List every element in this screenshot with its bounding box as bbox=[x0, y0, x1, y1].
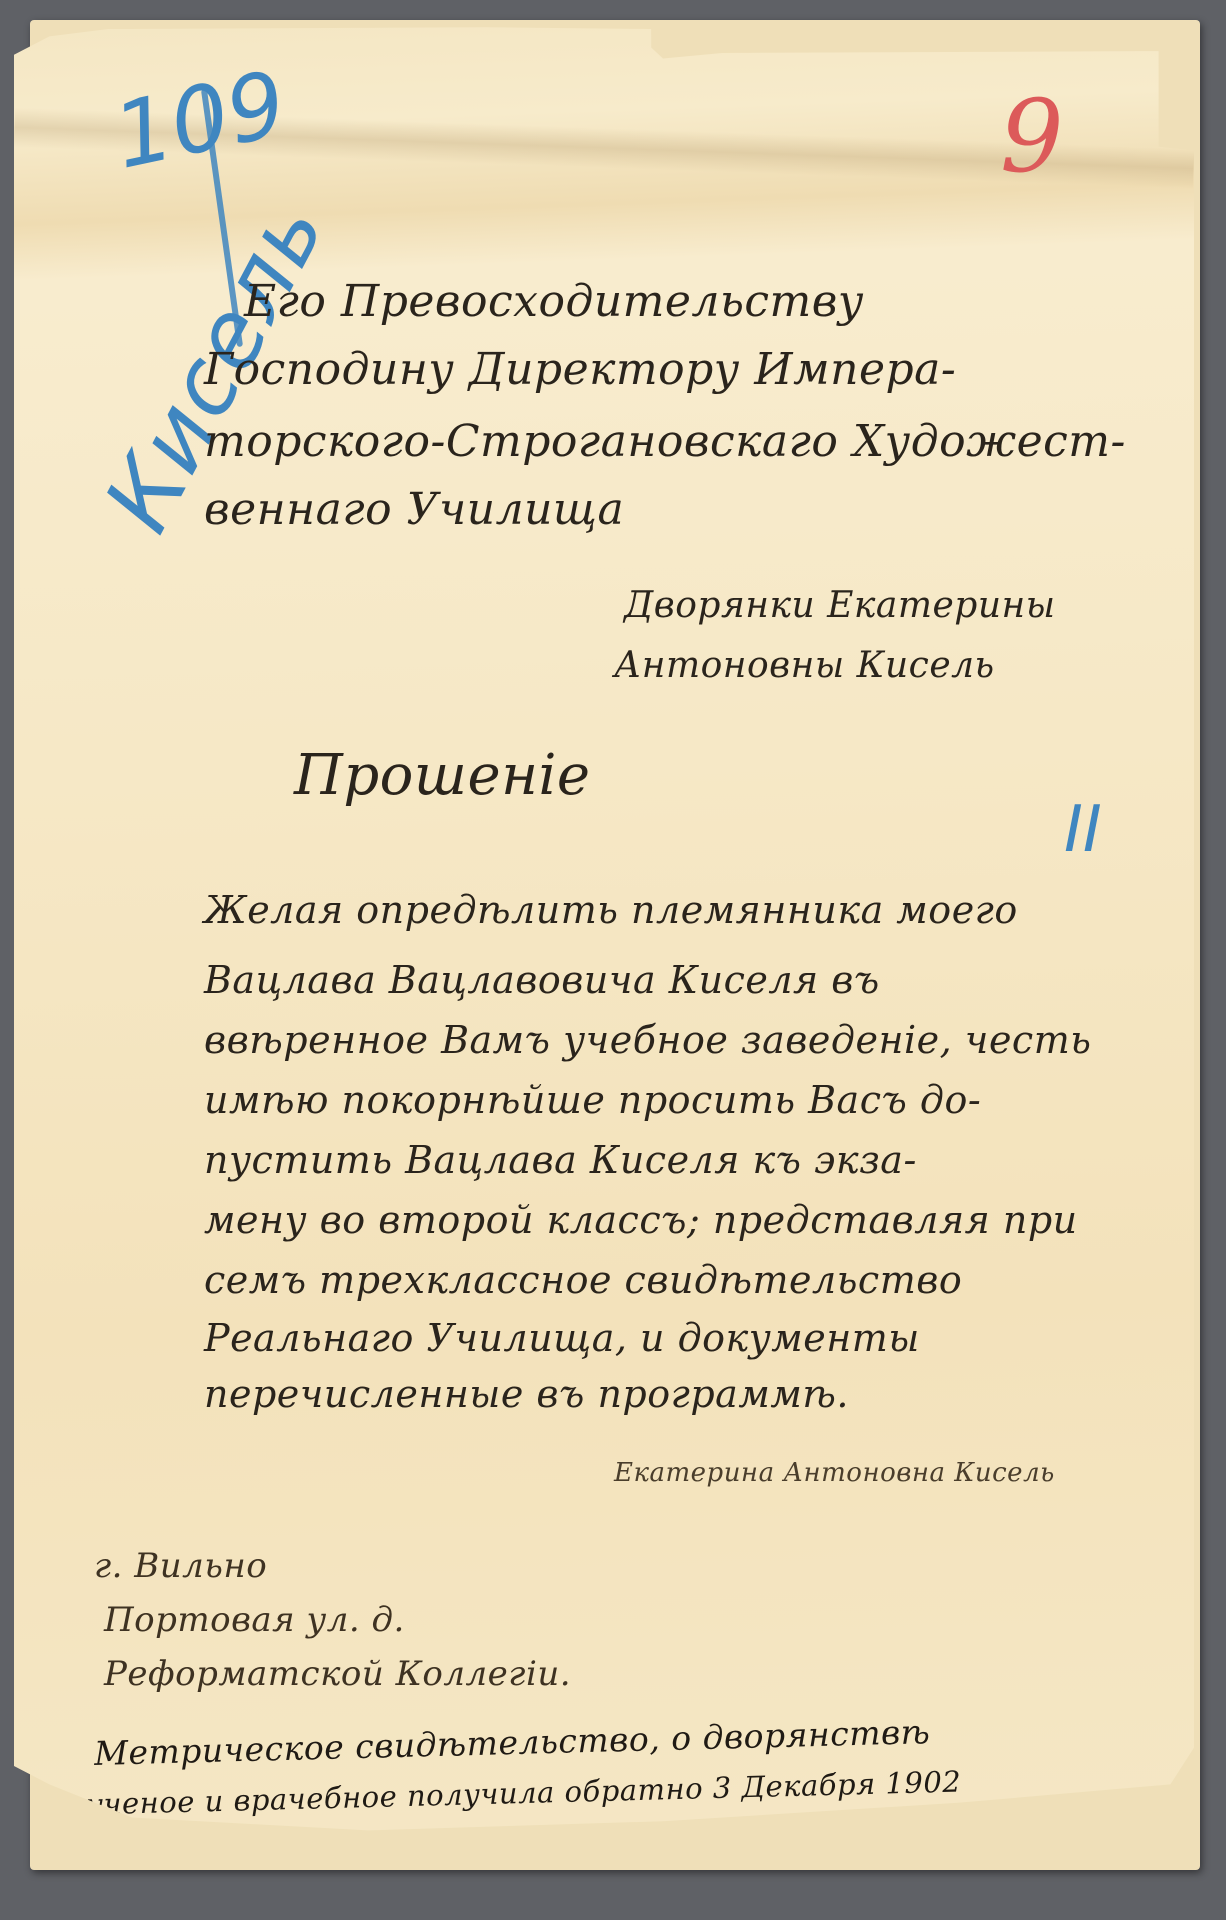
body-line: Желая опредѣлить племянника моего bbox=[204, 888, 1018, 932]
sender-line: Дворянки Екатерины bbox=[624, 578, 1056, 634]
blue-roman-numeral: II bbox=[1064, 793, 1102, 867]
body-line: ввѣренное Вамъ учебное заведеніе, честь bbox=[204, 1018, 1091, 1062]
address-line: г. Вильно bbox=[94, 1546, 267, 1586]
document-title: Прошеніе bbox=[294, 743, 591, 808]
addressee-line: веннаго Училища bbox=[204, 476, 624, 544]
addressee-line: Его Превосходительству bbox=[244, 268, 864, 336]
body-line: Реальнаго Училища, и документы bbox=[204, 1316, 920, 1360]
address-line: Реформатской Коллегіи. bbox=[104, 1654, 571, 1694]
red-page-number: 9 bbox=[1000, 78, 1064, 195]
body-line: имѣю покорнѣйше просить Васъ до- bbox=[204, 1078, 981, 1122]
blue-folio-number: 109 bbox=[105, 51, 295, 189]
sender-line: Антоновны Кисель bbox=[614, 638, 995, 694]
receipt-note-line: Метрическое свидѣтельство, о дворянствѣ bbox=[94, 1712, 931, 1773]
body-line: пустить Вацлава Киселя къ экза- bbox=[204, 1138, 917, 1182]
addressee-line: Господину Директору Импера- bbox=[204, 336, 956, 404]
document-page: 109 9 Кисель II Его Превосходительству Г… bbox=[14, 18, 1194, 1858]
addressee-line: торского-Строгановскаго Художест- bbox=[204, 408, 1126, 476]
body-line: мену во второй классъ; представляя при bbox=[204, 1198, 1078, 1242]
petitioner-signature: Екатерина Антоновна Кисель bbox=[614, 1458, 1055, 1488]
address-line: Портовая ул. д. bbox=[104, 1600, 405, 1640]
body-line: семъ трехклассное свидѣтельство bbox=[204, 1258, 962, 1302]
body-line: Вацлава Вацлавовича Киселя въ bbox=[204, 958, 880, 1002]
body-line: перечисленные въ программѣ. bbox=[204, 1372, 849, 1416]
